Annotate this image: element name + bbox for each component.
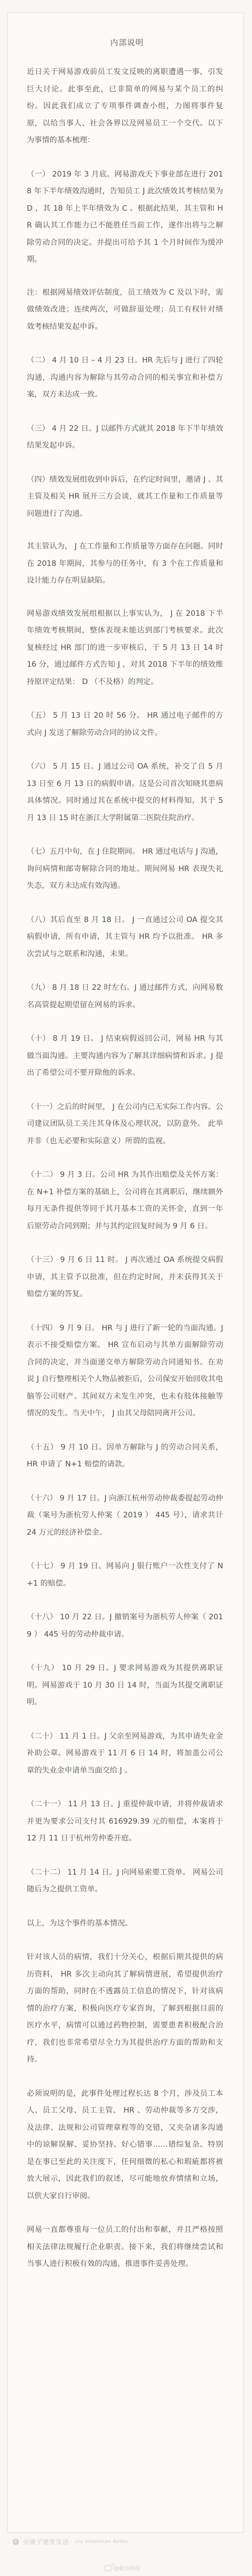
paragraph-item-16: （十六） 9 月 17 日。J 向浙江杭州劳动仲裁委提起劳动仲裁（案号为浙杭劳人…: [27, 1490, 223, 1542]
paragraph-item-22: （二十二） 11 月 14 日。J 向网易索要工资单。 网易公司随后为之提供工资…: [27, 1864, 223, 1898]
paragraph-item-8: （八）其后直至 8 月 18 日。 J 一直通过公司 OA 提交其病假申请，所有…: [27, 912, 223, 963]
paragraph-item-19: （十九） 10 月 29 日。J 要求网易游戏为其提供离职证明。网易游戏于 10…: [27, 1660, 223, 1711]
paragraph-item-15: （十五） 9 月 10 日。因单方解除与 J 的劳动合同关系， HR 申请了 N…: [27, 1439, 223, 1473]
paragraph-item-11: （十一）之后的时间里， J 在公司内已无实际工作内容。公司建议团队员工关注其身体…: [27, 1099, 223, 1150]
paragraph-closing: 网易一直都尊重每一位员工的付出和奉献，并且严格按照相关法律法规履行企业职责。接下…: [27, 2221, 223, 2273]
paragraph-item-17: （十七） 9 月 19 日。网易向 J 银行账户一次性支付了 N+1 的赔偿。: [27, 1558, 223, 1592]
watermark-handle: @新浪科技: [114, 2564, 140, 2572]
paragraph-item-1: （一） 2019 年 3 月底。网易游戏天下事业部在进行 2018 年下半年绩效…: [27, 166, 223, 268]
paragraph-item-6: （六） 5 月 15 日。J 通过公司 OA 系统，补交了自 5 月 13 日至…: [27, 758, 223, 826]
source-watermark: @新浪科技: [104, 2564, 140, 2572]
paragraph-item-10: （十） 8 月 19 日。 J 结束病假返回公司，网易 HR 与其做当面沟通。主…: [27, 1030, 223, 1082]
paragraph-item-20: （二十） 11 月 1 日。J 父亲至网易游戏，为其申请失业金补助公章。网易游戏…: [27, 1728, 223, 1780]
paragraph-item-2: （二） 4 月 10 日 – 4 月 23 日。HR 先后与 J 进行了四轮沟通…: [27, 352, 223, 404]
paragraph-process-explanation: 必须说明的是，此事件处理过程长达 8 个月，涉及员工本人、员工父母、员工主管、 …: [27, 2085, 223, 2205]
paragraph-item-5: （五） 5 月 13 日 20 时 56 分。 HR 通过电子邮件的方式向 J …: [27, 707, 223, 741]
sent-via-label-en: via Smartisan Notes: [76, 2539, 128, 2544]
sent-via-footer: i 由锤子便签发送 via Smartisan Notes: [13, 2538, 128, 2546]
note-title: 内部说明: [8, 37, 243, 48]
paragraph-intro: 近日关于网易游戏前员工发文反映的离职遭遇一事，引发巨大讨论。此事至此，已非简单的…: [27, 64, 223, 149]
paragraph-item-4-supervisor: 其主管认为， J 在工作量和工作质量等方面存在问题。同时在 2018 年期间，其…: [27, 538, 223, 589]
note-body: 近日关于网易游戏前员工发文反映的离职遭遇一事，引发巨大讨论。此事至此，已非简单的…: [27, 64, 223, 2273]
paragraph-item-4: （四）绩效发展组收到申诉后，在约定时间里，邀请 J 、其主管及相关 HR 展开三…: [27, 471, 223, 523]
paragraph-note: 注：根据网易绩效评估制度，员工绩效为 C 及以下时，需做绩效改进；连续两次，可做…: [27, 284, 223, 336]
paragraph-summary: 以上，为这个事件的基本情况。: [27, 1915, 223, 1932]
paragraph-item-12: （十二） 9 月 3 日。公司 HR 为其作出赔偿及关怀方案：在 N+1 补偿方…: [27, 1166, 223, 1235]
paragraph-item-21: （二十一） 11 月 13 日。J 重提仲裁申请，并将仲裁请求并更为要求公司支付…: [27, 1796, 223, 1847]
paragraph-item-13: （十三） 9 月 6 日 11 时。 J 再次通过 OA 系统提交病假申请，其主…: [27, 1251, 223, 1303]
paragraph-item-4-conclusion: 网易游戏绩效发展组根据以上事实认为， J 在 2018 下半年绩效考核期间，整体…: [27, 605, 223, 691]
weibo-icon: [104, 2565, 112, 2571]
sent-via-label-cn: 由锤子便签发送: [23, 2538, 69, 2546]
note-card: 内部说明 近日关于网易游戏前员工发文反映的离职遭遇一事，引发巨大讨论。此事至此，…: [7, 13, 244, 2532]
paragraph-item-3: （三） 4 月 22 日。J 以邮件方式就其 2018 年下半年绩效结果发起申诉…: [27, 420, 223, 454]
paragraph-item-18: （十八） 10 月 22 日。J 撤销案号为浙杭劳人仲案（ 2019 ） 445…: [27, 1609, 223, 1643]
paragraph-item-7: （七）五月中旬，在 J 住院期间。 HR 通过电话与 J 沟通，询问病情和邮寄解…: [27, 843, 223, 895]
paragraph-illness-care: 针对该人员的病情，我们十分关心，根据后期其提供的病历资料， HR 多次主动向其了…: [27, 1949, 223, 2068]
info-circle-icon: i: [13, 2539, 19, 2545]
paragraph-item-14: （十四） 9 月 9 日。 HR 与 J 进行了新一轮的当面沟通。J 表示不接受…: [27, 1320, 223, 1422]
paragraph-item-9: （九） 8 月 18 日 22 时左右。J 通过邮件方式，向网易数名高管提起期望…: [27, 979, 223, 1013]
